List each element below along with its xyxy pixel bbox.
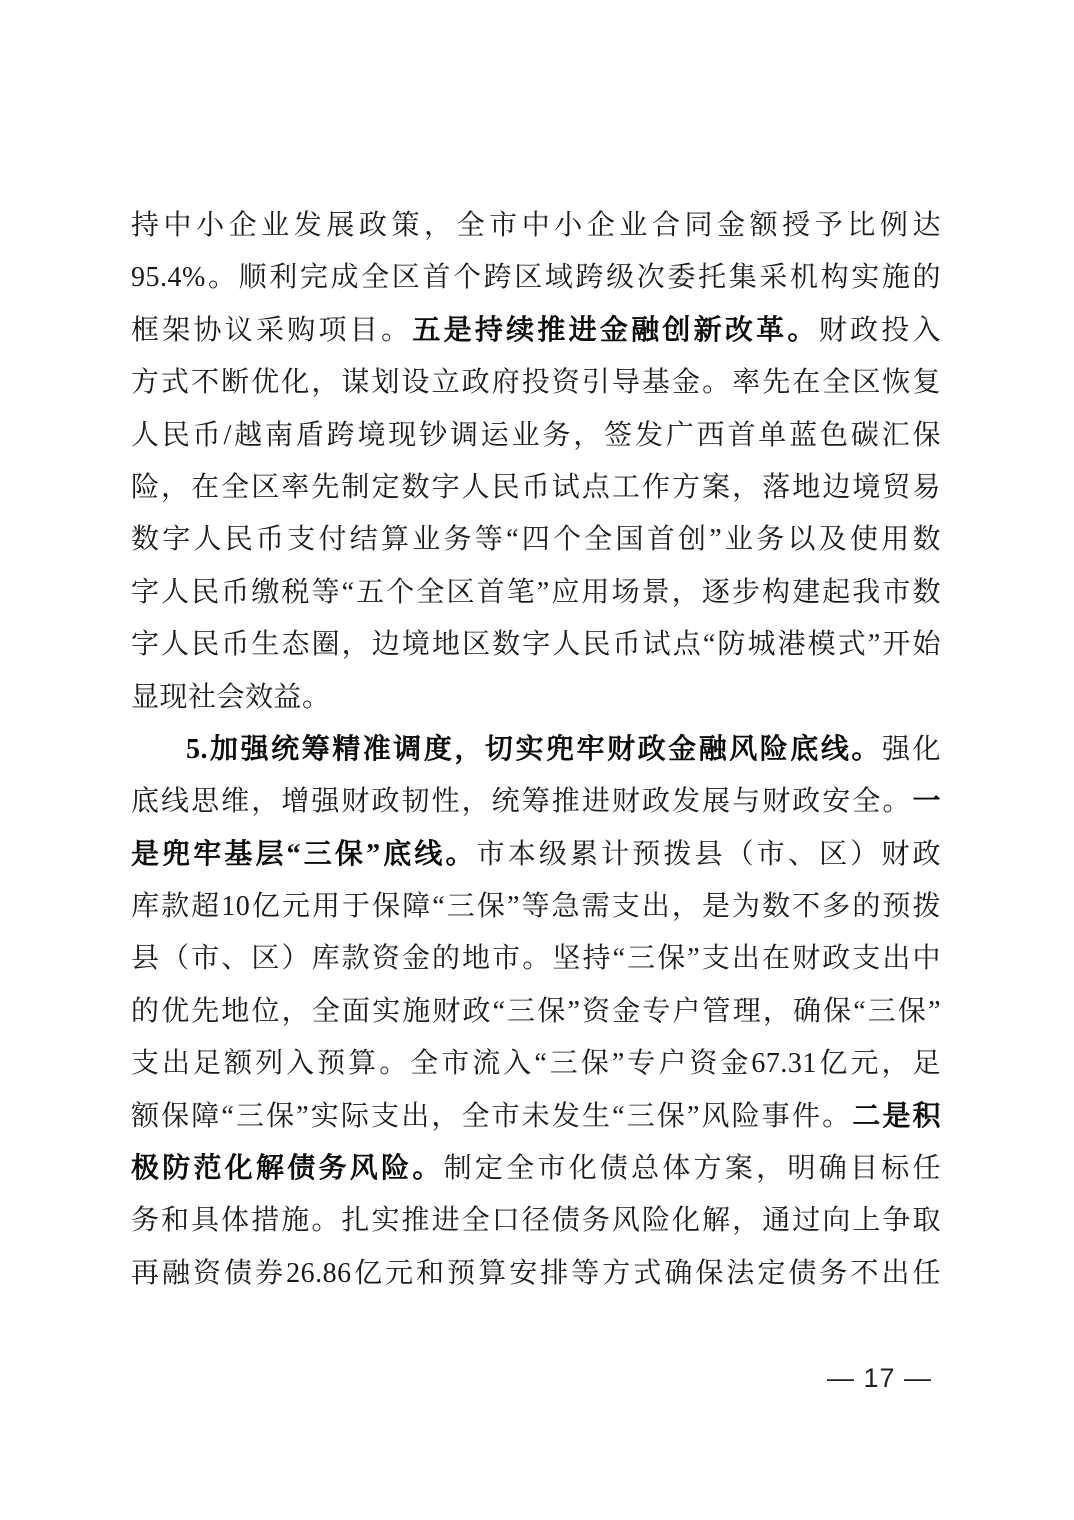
text-segment: 支出足额列入预算。全市流入“三保”专户资金67.31亿元，足 (131, 1048, 941, 1079)
text-line: 是兜牢基层“三保”底线。市本级累计预拨县（市、区）财政 (131, 829, 941, 881)
text-segment: 财政投入 (819, 315, 941, 346)
text-line: 持中小企业发展政策，全市中小企业合同金额授予比例达 (131, 200, 941, 252)
text-line: 额保障“三保”实际支出，全市未发生“三保”风险事件。二是积 (131, 1091, 941, 1143)
text-segment: 县（市、区）库款资金的地市。坚持“三保”支出在财政支出中 (131, 943, 941, 974)
bold-text-segment: 五是持续推进金融创新改革。 (412, 315, 818, 346)
text-segment: 显现社会效益。 (131, 682, 331, 713)
text-line: 再融资债券26.86亿元和预算安排等方式确保法定债务不出任 (131, 1248, 941, 1300)
bold-text-segment: 极防范化解债务风险。 (131, 1153, 444, 1184)
text-segment: 制定全市化债总体方案，明确目标任 (444, 1153, 941, 1184)
text-segment: 险，在全区率先制定数字人民币试点工作方案，落地边境贸易 (131, 472, 941, 503)
bold-text-segment: 5.加强统筹精准调度，切实兜牢财政金融风险底线。 (186, 734, 882, 765)
text-segment: 方式不断优化，谋划设立政府投资引导基金。率先在全区恢复 (131, 367, 941, 398)
text-line: 库款超10亿元用于保障“三保”等急需支出，是为数不多的预拨 (131, 881, 941, 933)
text-line: 县（市、区）库款资金的地市。坚持“三保”支出在财政支出中 (131, 933, 941, 985)
text-line: 的优先地位，全面实施财政“三保”资金专户管理，确保“三保” (131, 986, 941, 1038)
text-segment: 再融资债券26.86亿元和预算安排等方式确保法定债务不出任 (131, 1258, 941, 1289)
bold-text-segment: 二是积 (852, 1101, 941, 1132)
bold-text-segment: 是兜牢基层“三保”底线。 (131, 839, 477, 870)
text-line: 极防范化解债务风险。制定全市化债总体方案，明确目标任 (131, 1143, 941, 1195)
text-segment: 字人民币生态圈，边境地区数字人民币试点“防城港模式”开始 (131, 629, 941, 660)
text-segment: 字人民币缴税等“五个全区首笔”应用场景，逐步构建起我市数 (131, 577, 941, 608)
text-line: 底线思维，增强财政韧性，统筹推进财政发展与财政安全。一 (131, 776, 941, 828)
text-line: 险，在全区率先制定数字人民币试点工作方案，落地边境贸易 (131, 462, 941, 514)
page-number: — 17 — (827, 1358, 932, 1398)
text-segment: 数字人民币支付结算业务等“四个全国首创”业务以及使用数 (131, 524, 941, 555)
text-line: 5.加强统筹精准调度，切实兜牢财政金融风险底线。强化 (131, 724, 941, 776)
text-line: 方式不断优化，谋划设立政府投资引导基金。率先在全区恢复 (131, 357, 941, 409)
text-segment: 务和具体措施。扎实推进全口径债务风险化解，通过向上争取 (131, 1205, 941, 1236)
text-line: 支出足额列入预算。全市流入“三保”专户资金67.31亿元，足 (131, 1038, 941, 1090)
text-line: 务和具体措施。扎实推进全口径债务风险化解，通过向上争取 (131, 1195, 941, 1247)
text-segment: 的优先地位，全面实施财政“三保”资金专户管理，确保“三保” (131, 996, 941, 1027)
text-line: 框架协议采购项目。五是持续推进金融创新改革。财政投入 (131, 305, 941, 357)
text-segment: 额保障“三保”实际支出，全市未发生“三保”风险事件。 (131, 1101, 852, 1132)
text-line: 字人民币缴税等“五个全区首笔”应用场景，逐步构建起我市数 (131, 567, 941, 619)
text-segment: 底线思维，增强财政韧性，统筹推进财政发展与财政安全。 (131, 786, 912, 817)
text-line: 95.4%。顺利完成全区首个跨区域跨级次委托集采机构实施的 (131, 252, 941, 304)
text-segment: 框架协议采购项目。 (131, 315, 412, 346)
text-segment: 人民币/越南盾跨境现钞调运业务，签发广西首单蓝色碳汇保 (131, 420, 941, 451)
text-segment: 市本级累计预拨县（市、区）财政 (477, 839, 941, 870)
text-block: 持中小企业发展政策，全市中小企业合同金额授予比例达95.4%。顺利完成全区首个跨… (131, 200, 941, 1300)
text-segment: 库款超10亿元用于保障“三保”等急需支出，是为数不多的预拨 (131, 891, 941, 922)
text-line: 数字人民币支付结算业务等“四个全国首创”业务以及使用数 (131, 514, 941, 566)
text-line: 人民币/越南盾跨境现钞调运业务，签发广西首单蓝色碳汇保 (131, 410, 941, 462)
text-line: 字人民币生态圈，边境地区数字人民币试点“防城港模式”开始 (131, 619, 941, 671)
text-segment: 95.4%。顺利完成全区首个跨区域跨级次委托集采机构实施的 (131, 262, 941, 293)
text-segment: 持中小企业发展政策，全市中小企业合同金额授予比例达 (131, 210, 941, 241)
text-line: 显现社会效益。 (131, 672, 941, 724)
bold-text-segment: 一 (912, 786, 941, 817)
text-segment: 强化 (882, 734, 941, 765)
document-page: 持中小企业发展政策，全市中小企业合同金额授予比例达95.4%。顺利完成全区首个跨… (0, 0, 1074, 1520)
